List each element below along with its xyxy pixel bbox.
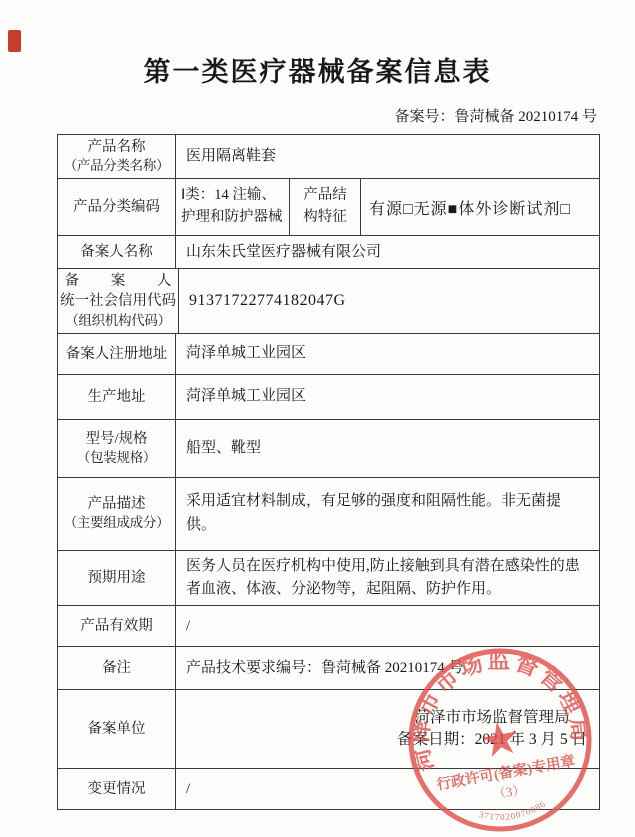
row-label: 预期用途 [58, 551, 176, 606]
table-row-registrant-name: 备案人名称 山东朱氏堂医疗器械有限公司 [58, 235, 599, 268]
label-line: （产品分类名称） [64, 157, 170, 176]
table-row-description: 产品描述 （主要组成成分） 采用适宜材料制成，有足够的强度和阻隔性能。非无菌提供… [58, 477, 599, 550]
row-label: 备注 [58, 647, 176, 689]
label-line: 统一社会信用代码 [60, 291, 176, 311]
row-value: 产品技术要求编号：鲁菏械备 20210174 号 [176, 647, 599, 689]
table-row-filing-unit: 备案单位 菏泽市市场监督管理局 备案日期：2021 年 3 月 5 日 [58, 689, 599, 768]
row-value: 船型、靴型 [176, 420, 599, 477]
table-row-validity: 产品有效期 / [58, 605, 599, 646]
row-value: 菏泽市市场监督管理局 备案日期：2021 年 3 月 5 日 [176, 690, 599, 768]
label-line: 产品名称 [88, 137, 146, 157]
row-value: 医务人员在医疗机构中使用,防止接触到具有潜在感染性的患者血液、体液、分泌物等，起… [176, 551, 599, 606]
info-table: 产品名称 （产品分类名称） 医用隔离鞋套 产品分类编码 Ⅰ类：14 注输、护理和… [57, 134, 600, 810]
document-page: 第一类医疗器械备案信息表 备案号：鲁菏械备 20210174 号 产品名称 （产… [0, 0, 635, 837]
table-row-production-address: 生产地址 菏泽单城工业园区 [58, 374, 599, 419]
filing-date-line: 备案日期：2021 年 3 月 5 日 [397, 729, 587, 751]
row-value: / [176, 606, 599, 646]
structure-feature-value: 有源□无源■体外诊断试剂□ [361, 179, 599, 235]
row-value: / [176, 769, 599, 809]
row-value: 91371722774182047G [179, 269, 599, 332]
record-number: 备案号：鲁菏械备 20210174 号 [0, 105, 597, 126]
row-label: 产品分类编码 [58, 179, 176, 235]
row-value: 医用隔离鞋套 [176, 135, 599, 178]
table-row-changes: 变更情况 / [58, 768, 599, 809]
row-label: 产品名称 （产品分类名称） [58, 135, 176, 178]
label-line: （主要组成成分） [64, 514, 170, 533]
table-row-remarks: 备注 产品技术要求编号：鲁菏械备 20210174 号 [58, 646, 599, 689]
structure-feature-label-text: 产品结构特征 [301, 185, 349, 229]
row-label: 生产地址 [58, 375, 176, 419]
table-row-registered-address: 备案人注册地址 菏泽单城工业园区 [58, 333, 599, 374]
page-title: 第一类医疗器械备案信息表 [0, 0, 635, 89]
row-label: 备案单位 [58, 690, 176, 768]
table-row-credit-code: 备 案 人 统一社会信用代码 （组织机构代码） 9137172277418204… [58, 268, 599, 332]
row-value: 山东朱氏堂医疗器械有限公司 [176, 236, 599, 268]
row-value: 菏泽单城工业园区 [176, 334, 599, 374]
structure-feature-label: 产品结构特征 [290, 179, 361, 235]
table-row-classification: 产品分类编码 Ⅰ类：14 注输、护理和防护器械 产品结构特征 有源□无源■体外诊… [58, 178, 599, 235]
row-label: 备案人名称 [58, 236, 176, 268]
label-line: 备 案 人 [65, 271, 172, 291]
table-row-model-spec: 型号/规格 （包装规格） 船型、靴型 [58, 419, 599, 477]
row-label: 型号/规格 （包装规格） [58, 420, 176, 477]
row-value: 菏泽单城工业园区 [176, 375, 599, 419]
filing-unit-block: 菏泽市市场监督管理局 备案日期：2021 年 3 月 5 日 [397, 707, 589, 752]
row-label: 变更情况 [58, 769, 176, 809]
table-row-product-name: 产品名称 （产品分类名称） 医用隔离鞋套 [58, 135, 599, 178]
row-label: 备案人注册地址 [58, 334, 176, 374]
classification-code-cell: Ⅰ类：14 注输、护理和防护器械 [176, 179, 290, 235]
label-line: （包装规格） [77, 449, 156, 468]
filing-org-line: 菏泽市市场监督管理局 [397, 707, 587, 729]
label-line: 产品描述 [88, 494, 146, 514]
red-corner-stamp-mark [8, 30, 21, 52]
label-line: 型号/规格 [85, 429, 147, 449]
row-label: 备 案 人 统一社会信用代码 （组织机构代码） [58, 269, 179, 332]
label-line: （组织机构代码） [65, 312, 171, 331]
row-label: 产品有效期 [58, 606, 176, 646]
row-label: 产品描述 （主要组成成分） [58, 478, 176, 550]
row-value: 采用适宜材料制成，有足够的强度和阻隔性能。非无菌提供。 [176, 478, 599, 550]
table-row-intended-use: 预期用途 医务人员在医疗机构中使用,防止接触到具有潜在感染性的患者血液、体液、分… [58, 550, 599, 606]
